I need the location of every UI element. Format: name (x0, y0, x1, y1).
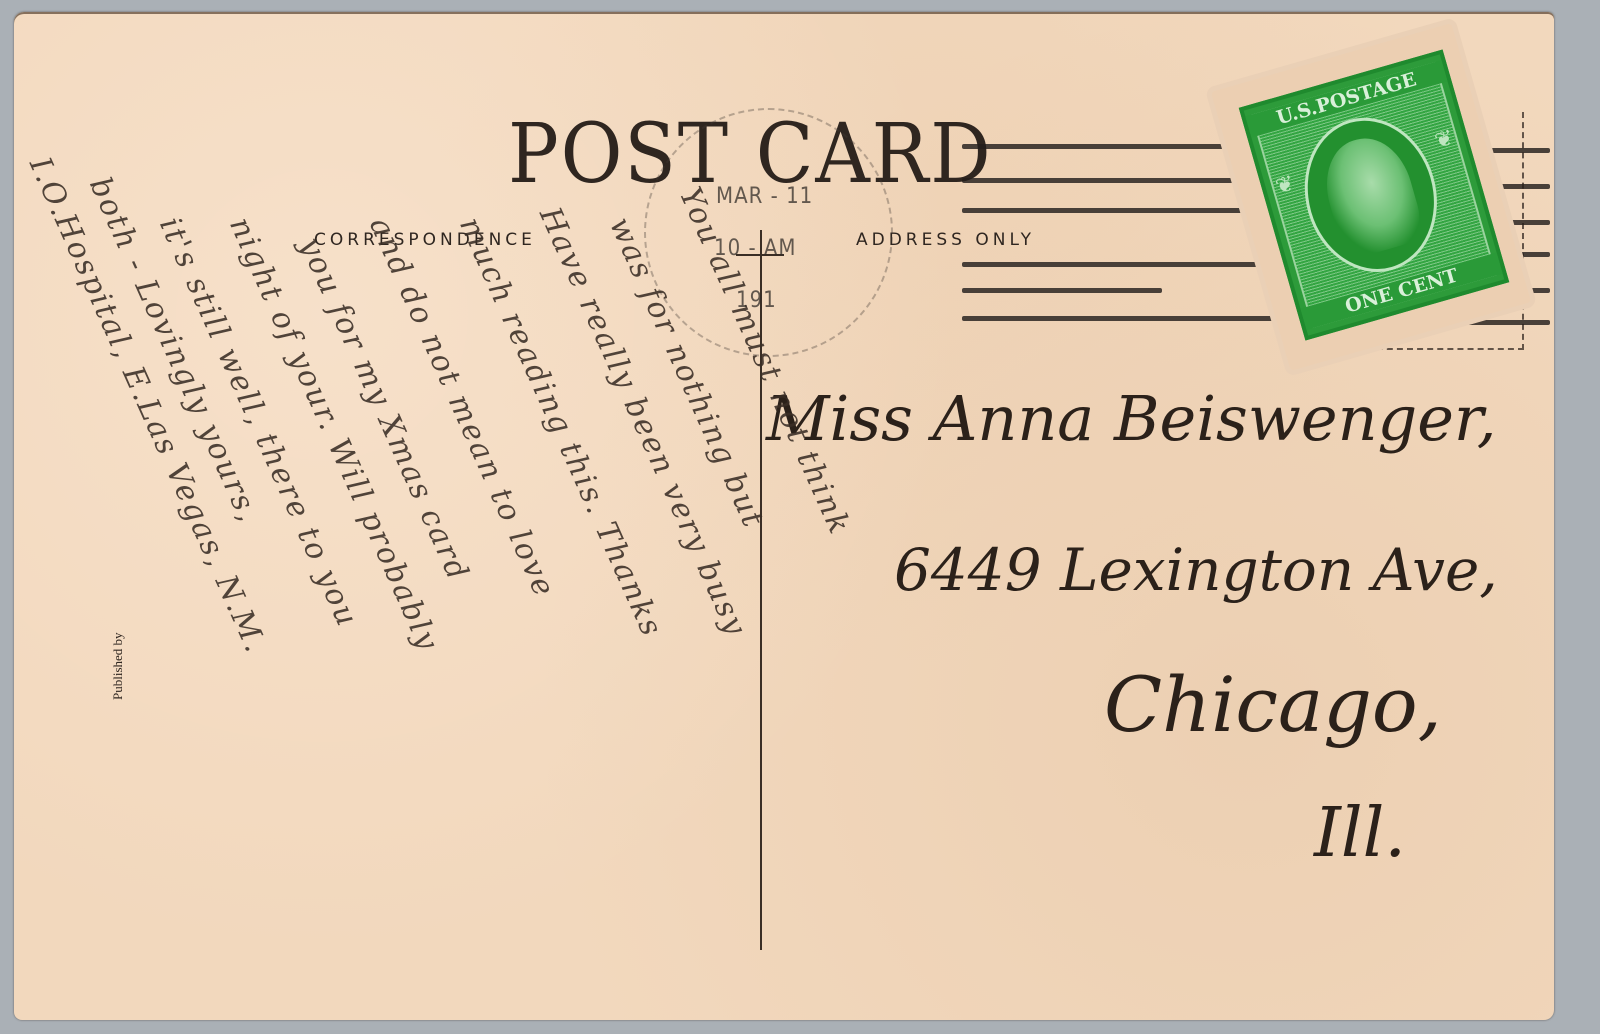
postcard-back: POST CARD CORRESPONDENCE ADDRESS ONLY MA… (14, 12, 1554, 1020)
address-line-city: Chicago, (1104, 660, 1442, 749)
franklin-portrait-icon (1315, 128, 1427, 261)
address-line-street: 6449 Lexington Ave, (894, 536, 1498, 604)
postmark-date: MAR - 11 (716, 184, 813, 209)
address-line-state: Ill. (1314, 794, 1406, 873)
address-line-recipient: Miss Anna Beiswenger, (766, 382, 1496, 455)
correspondence-label: CORRESPONDENCE (314, 230, 536, 250)
publisher-imprint: Published by (110, 632, 126, 700)
